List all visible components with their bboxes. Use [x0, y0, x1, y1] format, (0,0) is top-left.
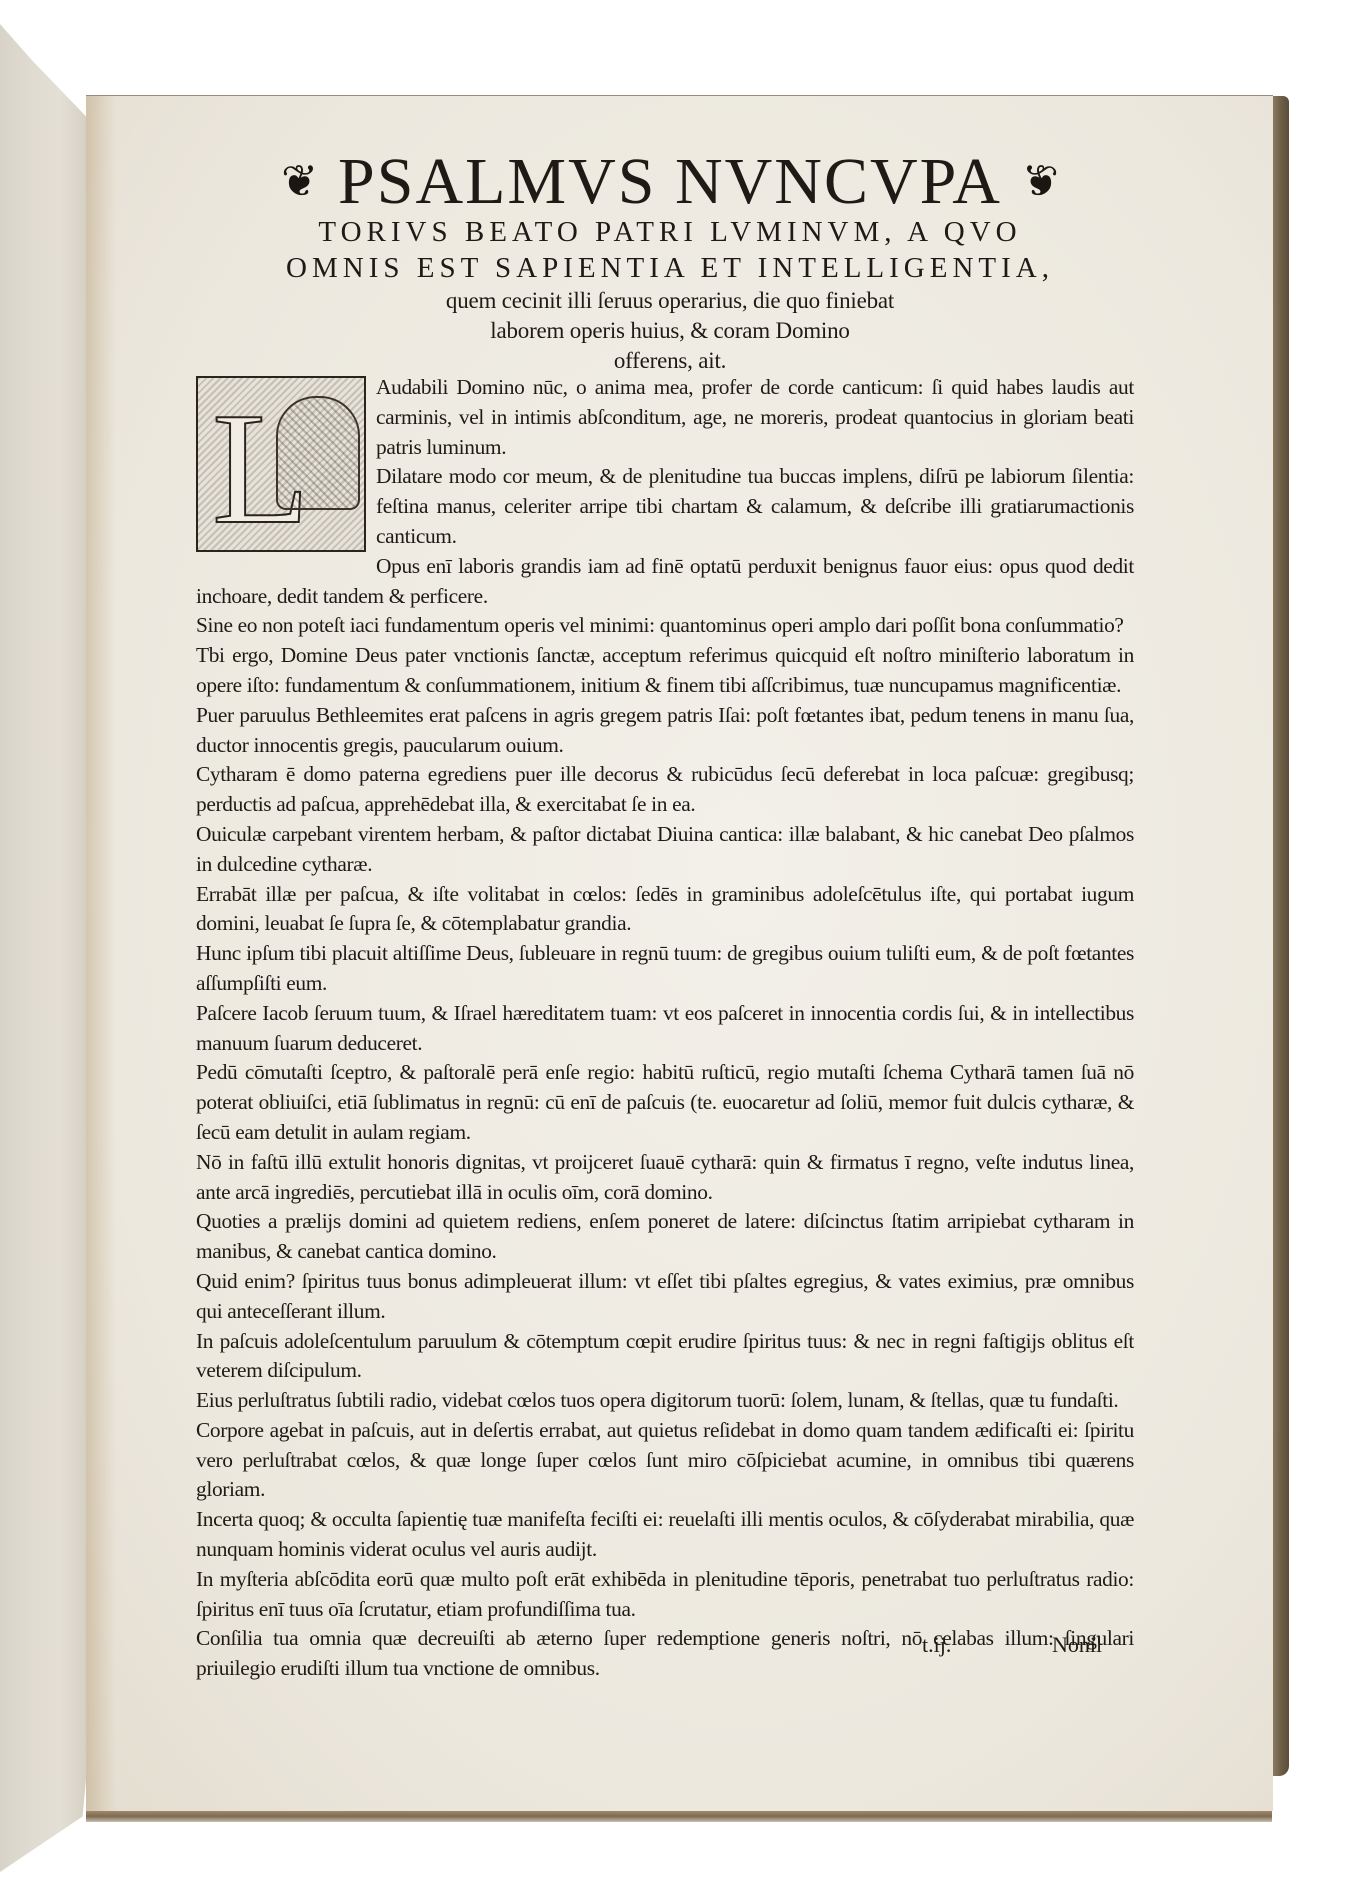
title-caps-line: OMNIS EST SAPIENTIA ET INTELLIGENTIA, [200, 250, 1140, 286]
paragraph: Puer paruulus Bethleemites erat paſcens … [196, 701, 1134, 761]
paragraph: Eius perluſtratus ſubtili radio, videbat… [196, 1386, 1134, 1416]
paragraph: Errabāt illæ per paſcua, & iſte volitaba… [196, 880, 1134, 940]
paragraph: Incerta quoq; & occulta ſapientię tuæ ma… [196, 1505, 1134, 1565]
fleuron-right-icon: ❦ [1020, 160, 1059, 204]
catchword: Nonil [1052, 1632, 1102, 1658]
gutter-stain [86, 96, 116, 1811]
psalm-heading: ❦ PSALMVS NVNCVPA ❦ TORIVS BEATO PATRI L… [200, 150, 1140, 376]
title-line: ❦ PSALMVS NVNCVPA ❦ [200, 150, 1140, 214]
paragraph: Quid enim? ſpiritus tuus bonus adimpleue… [196, 1267, 1134, 1327]
paragraph: Tbi ergo, Domine Deus pater vnctionis ſa… [196, 641, 1134, 701]
paragraph: Quoties a prælijs domini ad quietem redi… [196, 1207, 1134, 1267]
subtitle-line: laborem operis huius, & coram Domino [200, 316, 1140, 346]
fleuron-left-icon: ❦ [281, 160, 320, 204]
paragraph: Opus enī laboris grandis iam ad finē opt… [196, 552, 1134, 612]
facing-page-leaf [0, 24, 86, 1872]
paragraph: Nō in faſtū illū extulit honoris dignita… [196, 1148, 1134, 1208]
signature-mark: t.ij. [922, 1632, 951, 1658]
woodcut-figure-icon [276, 396, 360, 510]
title-caps-line: TORIVS BEATO PATRI LVMINVM, A QVO [200, 214, 1140, 250]
paragraph: Cytharam ē domo paterna egrediens puer i… [196, 760, 1134, 820]
book-fore-edge [1273, 96, 1289, 1776]
subtitle-line: quem cecinit illi ſeruus operarius, die … [200, 286, 1140, 316]
woodcut-initial-icon: L [196, 376, 366, 552]
psalm-body: L Audabili Domino nūc, o anima mea, prof… [196, 373, 1134, 1684]
subtitle-line: offerens, ait. [200, 346, 1140, 376]
paragraph: Paſcere Iacob ſeruum tuum, & Iſrael hære… [196, 999, 1134, 1059]
paragraph: Ouiculæ carpebant virentem herbam, & paſ… [196, 820, 1134, 880]
paragraph: Pedū cōmutaſti ſceptro, & paſtoralē perā… [196, 1058, 1134, 1147]
page-title: PSALMVS NVNCVPA [338, 150, 1002, 214]
paragraph: In paſcuis adoleſcentulum paruulum & cōt… [196, 1327, 1134, 1387]
page-footer: t.ij. Nonil [196, 1632, 1134, 1668]
paragraph: Hunc ipſum tibi placuit altiſſime Deus, … [196, 939, 1134, 999]
paragraph: In myſteria abſcōdita eorū quæ multo poſ… [196, 1565, 1134, 1625]
paragraph: Sine eo non poteſt iaci fundamentum oper… [196, 611, 1134, 641]
paragraph: Corpore agebat in paſcuis, aut in deſert… [196, 1416, 1134, 1505]
